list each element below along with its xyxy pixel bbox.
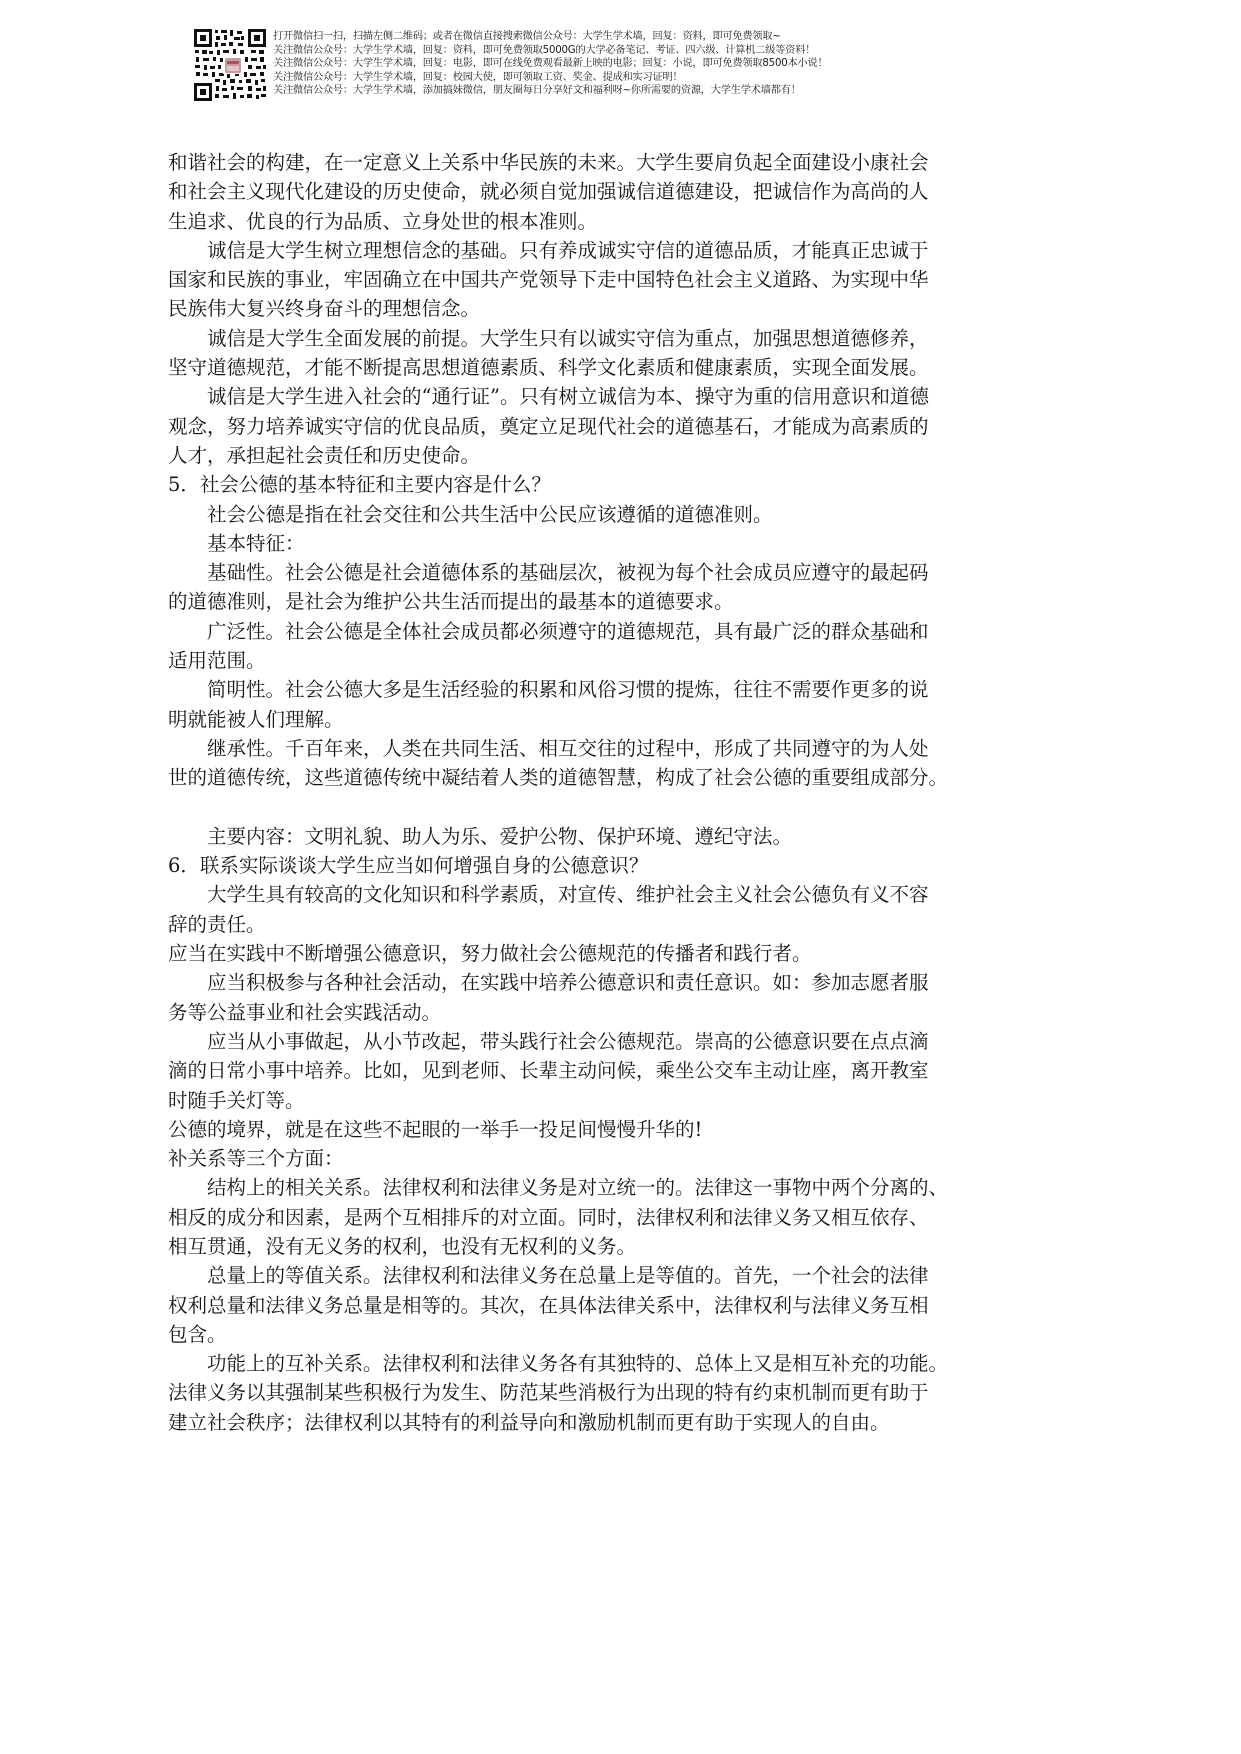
header-line: 关注微信公众号：大学生学术墙，回复：电影，即可在线免费观看最新上映的电影；回复：…	[273, 57, 827, 71]
text-line: 诚信是大学生全面发展的前提。大学生只有以诚实守信为重点，加强思想道德修养，	[168, 324, 1068, 353]
text-line: 应当在实践中不断增强公德意识，努力做社会公德规范的传播者和践行者。	[168, 939, 1068, 968]
text-line: 相互贯通，没有无义务的权利，也没有无权利的义务。	[168, 1232, 1068, 1261]
text-line: 务等公益事业和社会实践活动。	[168, 998, 1068, 1027]
text-line: 基本特征：	[168, 529, 1068, 558]
text-line: 公德的境界，就是在这些不起眼的一举手一投足间慢慢升华的!	[168, 1115, 1068, 1144]
page-header-banner: 打开微信扫一扫，扫描左侧二维码；或者在微信直接搜索微信公众号：大学生学术墙，回复…	[193, 28, 827, 102]
text-line: 观念，努力培养诚实守信的优良品质，奠定立足现代社会的道德基石，才能成为高素质的	[168, 412, 1068, 441]
text-line: 诚信是大学生树立理想信念的基础。只有养成诚实守信的道德品质，才能真正忠诚于	[168, 236, 1068, 265]
text-line: 诚信是大学生进入社会的“通行证”。只有树立诚信为本、操守为重的信用意识和道德	[168, 382, 1068, 411]
text-line: 权利总量和法律义务总量是相等的。其次，在具体法律关系中，法律权利与法律义务互相	[168, 1291, 1068, 1320]
blank-line	[168, 793, 1068, 822]
text-line: 生追求、优良的行为品质、立身处世的根本准则。	[168, 207, 1068, 236]
text-line: 法律义务以其强制某些积极行为发生、防范某些消极行为出现的特有约束机制而更有助于	[168, 1378, 1068, 1407]
text-line: 国家和民族的事业，牢固确立在中国共产党领导下走中国特色社会主义道路、为实现中华	[168, 265, 1068, 294]
text-line: 继承性。千百年来，人类在共同生活、相互交往的过程中，形成了共同遵守的为人处	[168, 734, 1068, 763]
text-line: 主要内容：文明礼貌、助人为乐、爱护公物、保护环境、遵纪守法。	[168, 822, 1068, 851]
text-line: 应当积极参与各种社会活动，在实践中培养公德意识和责任意识。如：参加志愿者服	[168, 968, 1068, 997]
text-line: 民族伟大复兴终身奋斗的理想信念。	[168, 294, 1068, 323]
text-line: 适用范围。	[168, 646, 1068, 675]
header-line: 关注微信公众号：大学生学术墙，添加搞妹微信，朋友圈每日分享好文和福利呀~你所需要…	[273, 84, 827, 98]
text-line: 坚守道德规范，才能不断提高思想道德素质、科学文化素质和健康素质，实现全面发展。	[168, 353, 1068, 382]
text-line: 补关系等三个方面：	[168, 1144, 1068, 1173]
text-line: 明就能被人们理解。	[168, 705, 1068, 734]
text-line: 功能上的互补关系。法律权利和法律义务各有其独特的、总体上又是相互补充的功能。	[168, 1349, 1068, 1378]
header-line: 打开微信扫一扫，扫描左侧二维码；或者在微信直接搜索微信公众号：大学生学术墙，回复…	[273, 30, 827, 44]
text-line: 社会公德是指在社会交往和公共生活中公民应该遵循的道德准则。	[168, 500, 1068, 529]
text-line: 简明性。社会公德大多是生活经验的积累和风俗习惯的提炼，往往不需要作更多的说	[168, 675, 1068, 704]
text-line: 辞的责任。	[168, 910, 1068, 939]
header-line: 关注微信公众号：大学生学术墙，回复：校园大使，即可领取工资、奖金、提成和实习证明…	[273, 71, 827, 85]
text-line: 和谐社会的构建，在一定意义上关系中华民族的未来。大学生要肩负起全面建设小康社会	[168, 148, 1068, 177]
text-line: 结构上的相关关系。法律权利和法律义务是对立统一的。法律这一事物中两个分离的、	[168, 1173, 1068, 1202]
text-line: 总量上的等值关系。法律权利和法律义务在总量上是等值的。首先，一个社会的法律	[168, 1261, 1068, 1290]
text-line: 的道德准则，是社会为维护公共生活而提出的最基本的道德要求。	[168, 587, 1068, 616]
text-line: 人才，承担起社会责任和历史使命。	[168, 441, 1068, 470]
text-line: 广泛性。社会公德是全体社会成员都必须遵守的道德规范，具有最广泛的群众基础和	[168, 617, 1068, 646]
text-line: 大学生具有较高的文化知识和科学素质，对宣传、维护社会主义社会公德负有义不容	[168, 880, 1068, 909]
wechat-qr-code-icon	[193, 28, 267, 102]
header-line: 关注微信公众号：大学生学术墙，回复：资料，即可免费领取5000G的大学必备笔记、…	[273, 44, 827, 58]
text-line: 基础性。社会公德是社会道德体系的基础层次，被视为每个社会成员应遵守的最起码	[168, 558, 1068, 587]
document-body: 和谐社会的构建，在一定意义上关系中华民族的未来。大学生要肩负起全面建设小康社会和…	[168, 148, 1068, 1437]
text-line: 滴的日常小事中培养。比如，见到老师、长辈主动问候，乘坐公交车主动让座，离开教室	[168, 1056, 1068, 1085]
text-line: 相反的成分和因素，是两个互相排斥的对立面。同时，法律权利和法律义务又相互依存、	[168, 1203, 1068, 1232]
header-promo-text: 打开微信扫一扫，扫描左侧二维码；或者在微信直接搜索微信公众号：大学生学术墙，回复…	[273, 30, 827, 98]
text-line: 和社会主义现代化建设的历史使命，就必须自觉加强诚信道德建设，把诚信作为高尚的人	[168, 177, 1068, 206]
text-line: 包含。	[168, 1320, 1068, 1349]
text-line: 建立社会秩序；法律权利以其特有的利益导向和激励机制而更有助于实现人的自由。	[168, 1408, 1068, 1437]
question-heading: 5．社会公德的基本特征和主要内容是什么？	[168, 470, 1068, 499]
question-heading: 6．联系实际谈谈大学生应当如何增强自身的公德意识？	[168, 851, 1068, 880]
text-line: 世的道德传统，这些道德传统中凝结着人类的道德智慧，构成了社会公德的重要组成部分。	[168, 763, 1068, 792]
text-line: 时随手关灯等。	[168, 1086, 1068, 1115]
text-line: 应当从小事做起，从小节改起，带头践行社会公德规范。崇高的公德意识要在点点滴	[168, 1027, 1068, 1056]
